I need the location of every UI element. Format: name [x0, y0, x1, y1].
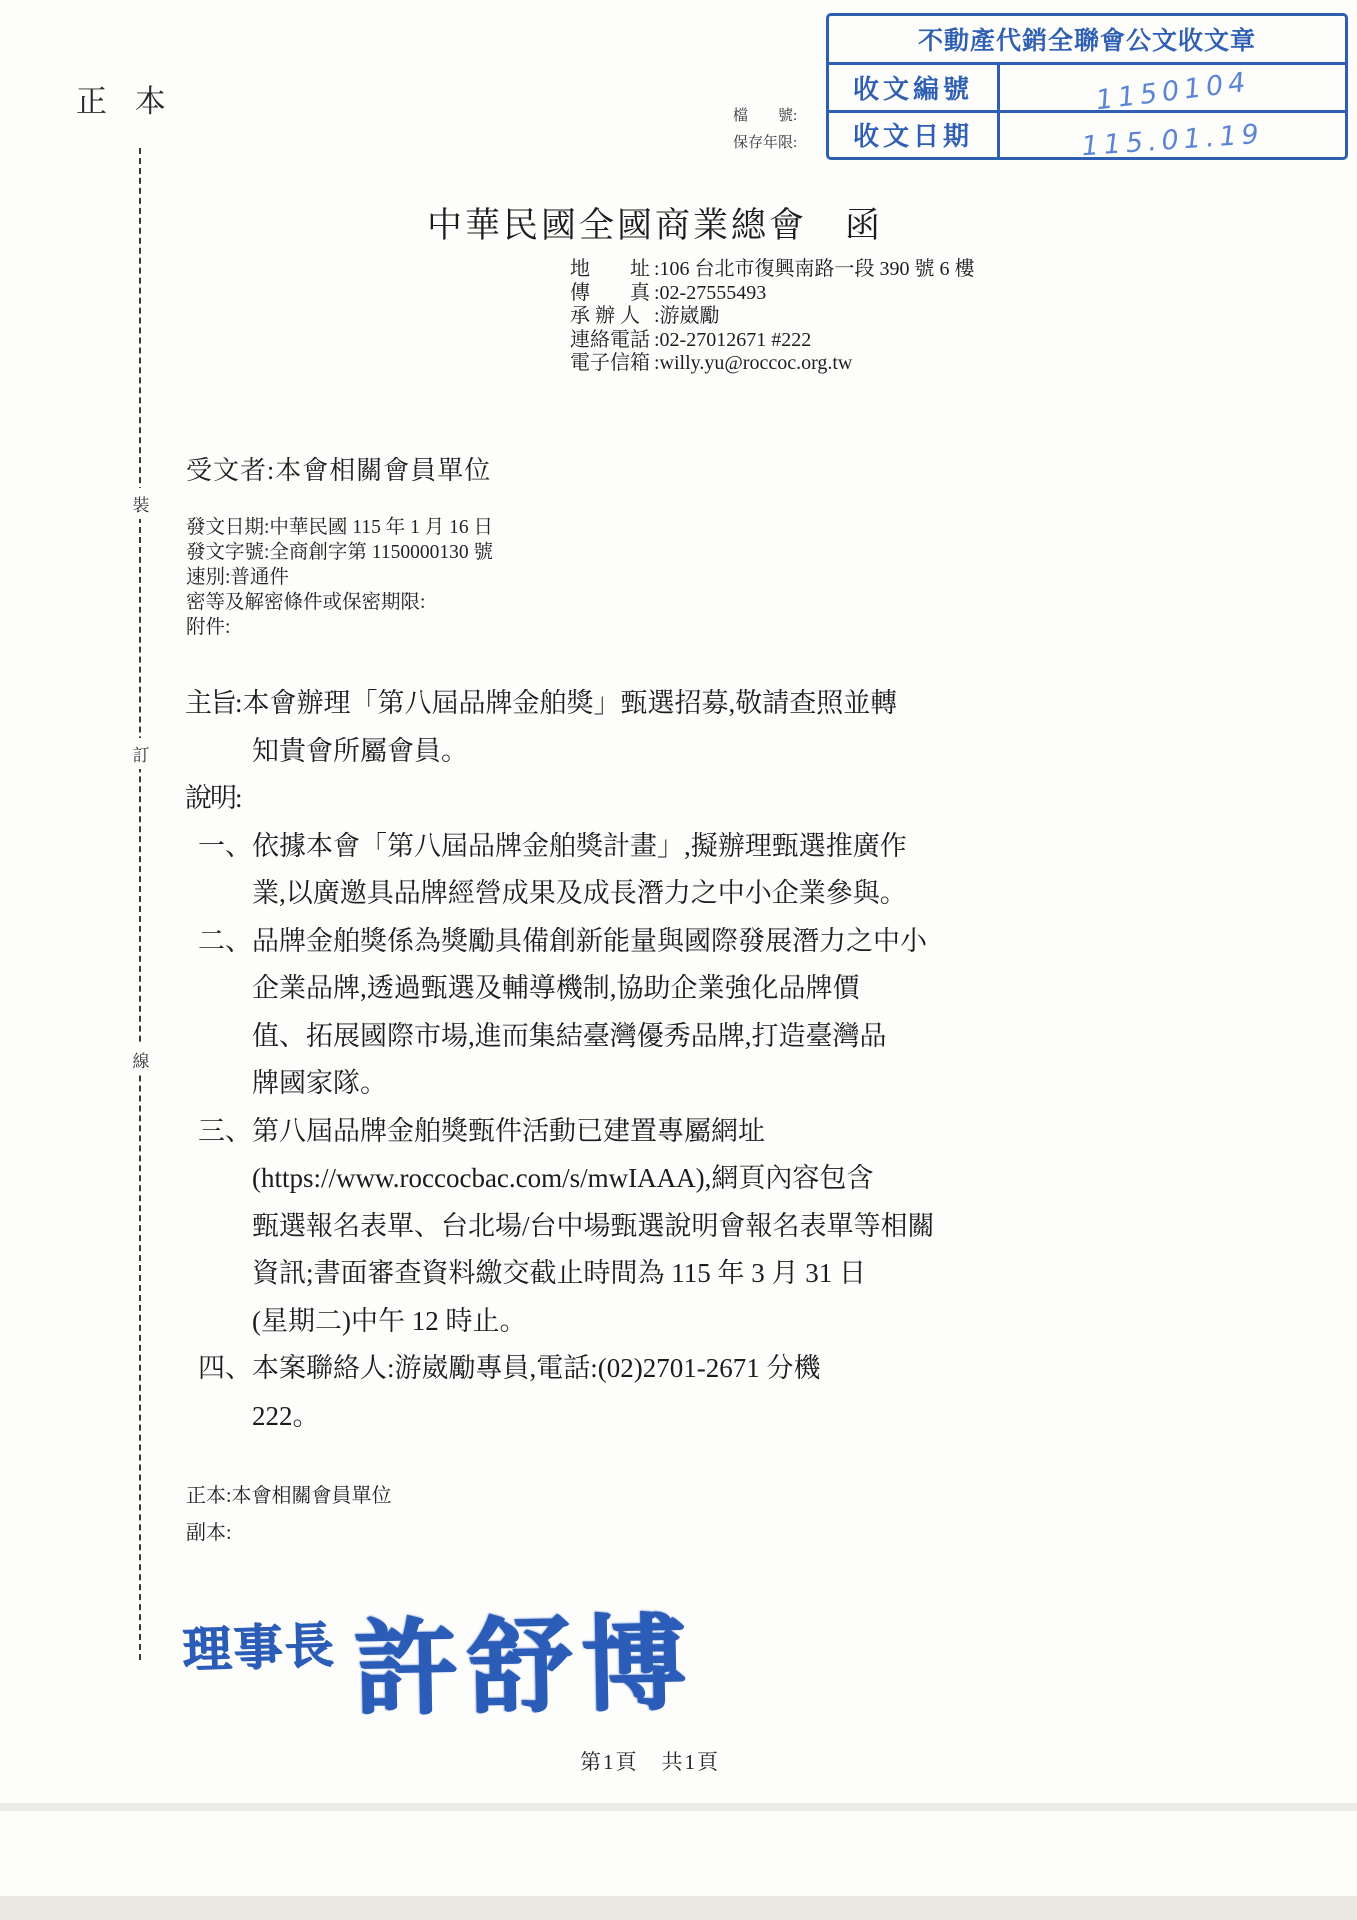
receipt-number-row: 收文編號 1150104 — [829, 65, 1345, 110]
explanation-item-4: 四、本案聯絡人:游崴勵專員,電話:(02)2701-2671 分機 — [185, 1345, 1185, 1393]
subject-line-cont: 知貴會所屬會員。 — [185, 728, 1185, 776]
dispatch-number-line: 發文字號:全商創字第 1150000130 號 — [186, 540, 493, 565]
receipt-date-label: 收文日期 — [829, 113, 1000, 158]
margin-mark-staple: 訂 — [128, 738, 154, 769]
contact-fax: 傳 真:02-27555493 — [570, 282, 975, 306]
explanation-label: 說明: — [185, 775, 1185, 823]
contact-info-block: 地 址:106 台北市復興南路一段 390 號 6 樓 傳 真:02-27555… — [570, 258, 975, 376]
recipient-line: 受文者:本會相關會員單位 — [186, 450, 491, 487]
dispatch-date-line: 發文日期:中華民國 115 年 1 月 16 日 — [186, 515, 493, 540]
file-number-block: 檔 號: 保存年限: — [733, 103, 797, 157]
explanation-item-3-cont: 甄選報名表單、台北場/台中場甄選說明會報名表單等相關 — [185, 1203, 1185, 1251]
contact-phone: 連絡電話:02-27012671 #222 — [570, 329, 975, 353]
copy-type-label: 正 本 — [76, 76, 176, 121]
chairman-signature: 許舒博 — [352, 1579, 697, 1735]
scan-bottom-edge — [0, 1896, 1357, 1920]
contact-person: 承 辦 人:游崴勵 — [570, 305, 975, 329]
binding-dashed-line — [139, 148, 141, 1660]
contact-email: 電子信箱:willy.yu@roccoc.org.tw — [570, 352, 975, 376]
document-title: 中華民國全國商業總會 函 — [385, 198, 925, 248]
explanation-item-3: 三、第八屆品牌金舶獎甄件活動已建置專屬網址 — [185, 1108, 1185, 1156]
explanation-item-3-cont: (星期二)中午 12 時止。 — [185, 1298, 1185, 1346]
explanation-item-4-cont: 222。 — [185, 1393, 1185, 1441]
duplicate-copy-line: 副本: — [186, 1515, 392, 1552]
file-number-label: 檔 號: — [733, 103, 797, 130]
explanation-item-1-cont: 業,以廣邀具品牌經營成果及成長潛力之中小企業參與。 — [185, 870, 1185, 918]
explanation-item-1: 一、依據本會「第八屆品牌金舶獎計畫」,擬辦理甄選推廣作 — [185, 823, 1185, 871]
receipt-number-label: 收文編號 — [829, 65, 1000, 110]
contact-address: 地 址:106 台北市復興南路一段 390 號 6 樓 — [570, 258, 975, 282]
chairman-title: 理事長 — [181, 1606, 336, 1681]
explanation-item-3-cont: 資訊;書面審查資料繳交截止時間為 115 年 3 月 31 日 — [185, 1250, 1185, 1298]
scan-artifact-band — [0, 1803, 1357, 1811]
receipt-stamp: 不動產代銷全聯會公文收文章 收文編號 1150104 收文日期 115.01.1… — [826, 13, 1348, 160]
cc-block: 正本:本會相關會員單位 副本: — [186, 1478, 392, 1552]
receipt-date-handwritten: 115.01.19 — [1081, 119, 1265, 163]
signature-block: 理事長 許舒博 — [182, 1582, 695, 1732]
speed-class-line: 速別:普通件 — [186, 565, 493, 590]
explanation-item-2: 二、品牌金舶獎係為獎勵具備創新能量與國際發展潛力之中小 — [185, 918, 1185, 966]
explanation-item-2-cont: 值、拓展國際市場,進而集結臺灣優秀品牌,打造臺灣品 — [185, 1013, 1185, 1061]
original-copy-line: 正本:本會相關會員單位 — [186, 1478, 392, 1515]
page-number: 第1頁 共1頁 — [430, 1746, 870, 1776]
subject-line: 主旨:本會辦理「第八屆品牌金舶獎」甄選招募,敬請查照並轉 — [185, 680, 1185, 728]
document-body: 主旨:本會辦理「第八屆品牌金舶獎」甄選招募,敬請查照並轉 知貴會所屬會員。 說明… — [185, 680, 1185, 1440]
retention-period-label: 保存年限: — [733, 130, 797, 157]
attachment-line: 附件: — [186, 615, 493, 640]
margin-mark-binding: 裝 — [128, 488, 154, 519]
explanation-item-3-cont: (https://www.roccocbac.com/s/mwIAAA),網頁內… — [185, 1155, 1185, 1203]
receipt-stamp-title: 不動產代銷全聯會公文收文章 — [829, 16, 1345, 65]
receipt-date-row: 收文日期 115.01.19 — [829, 110, 1345, 158]
explanation-item-2-cont: 牌國家隊。 — [185, 1060, 1185, 1108]
security-class-line: 密等及解密條件或保密期限: — [186, 590, 493, 615]
dispatch-meta-block: 發文日期:中華民國 115 年 1 月 16 日 發文字號:全商創字第 1150… — [186, 515, 493, 640]
explanation-item-2-cont: 企業品牌,透過甄選及輔導機制,協助企業強化品牌價 — [185, 965, 1185, 1013]
margin-mark-thread: 線 — [128, 1044, 154, 1075]
